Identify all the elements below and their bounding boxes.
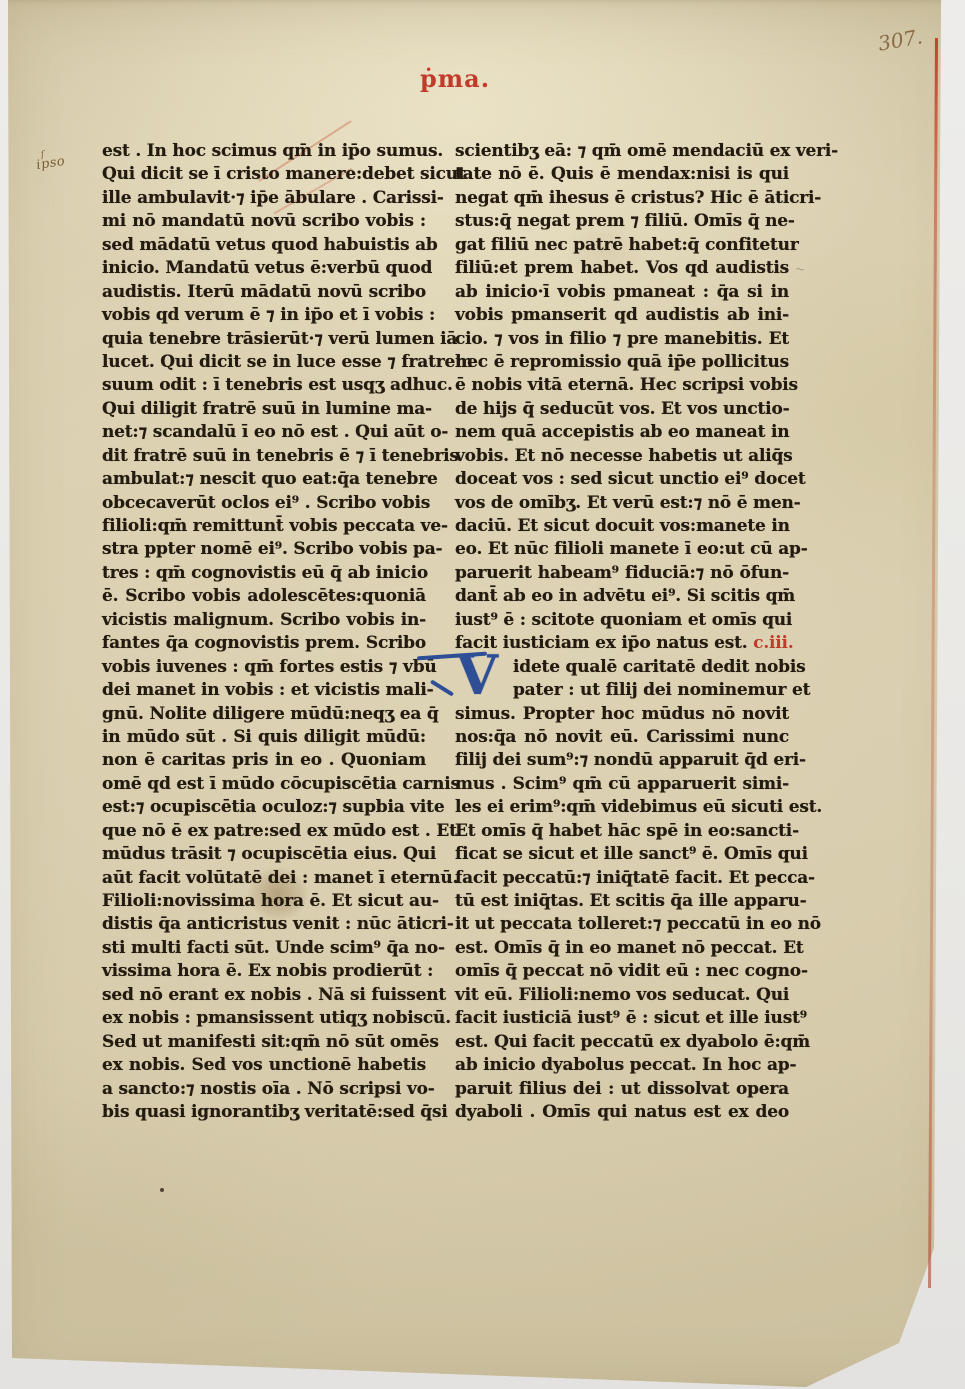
text-line: nem quā accepistis ab eo maneat in xyxy=(455,421,789,444)
text-line: est. Qui facit peccatū ex dyabolo ē:qm̄ xyxy=(455,1031,789,1054)
text-line: eo. Et nūc filioli manete ī eo:ut cū ap- xyxy=(455,538,789,561)
column-right: V scientibʒ eā: ⁊ qm̄ omē mendaciū ex ve… xyxy=(455,140,789,1124)
text-line: ille ambulavit·⁊ ip̄e ābulare . Carissi- xyxy=(102,187,426,210)
text-line: net:⁊ scandalū ī eo nō est . Qui aūt o- xyxy=(102,421,426,444)
text-line: vobis pmanserit qd audistis ab ini- xyxy=(455,304,789,327)
text-line: aūt facit volūtatē dei : manet ī eternū. xyxy=(102,867,426,890)
text-line: nos:q̄a nō novit eū. Carissimi nunc xyxy=(455,726,789,749)
text-line: vos de omībʒ. Et verū est:⁊ nō ē men- xyxy=(455,492,789,515)
text-line: vit eū. Filioli:nemo vos seducat. Qui xyxy=(455,984,789,1007)
text-line: de hijs q̄ seducūt vos. Et vos unctio- xyxy=(455,398,789,421)
text-line: ē nobis vitā eternā. Hec scripsi vobis xyxy=(455,374,789,397)
text-line: mi nō mandatū novū scribo vobis : xyxy=(102,210,426,233)
text-line: est. Omīs q̄ in eo manet nō peccat. Et xyxy=(455,937,789,960)
chapter-marker: c.iii. xyxy=(753,633,793,653)
text-line: vissima hora ē. Ex nobis prodierūt : xyxy=(102,960,426,983)
text-line: facit peccatū:⁊ iniq̄tatē facit. Et pecc… xyxy=(455,867,789,890)
text-line: mus . Scim⁹ qm̄ cū apparuerit simi- xyxy=(455,773,789,796)
text-line: non ē caritas pris in eo . Quoniam xyxy=(102,749,426,772)
text-line: vobis iuvenes : qm̄ fortes estis ⁊ vbū xyxy=(102,656,426,679)
text-line: omīs q̄ peccat nō vidit eū : nec cogno- xyxy=(455,960,789,983)
text-line: hec ē repromissio quā ip̄e pollicitus xyxy=(455,351,789,374)
text-line: ex nobis : pmansissent utiqʒ nobiscū. xyxy=(102,1007,426,1030)
text-line: stus:q̄ negat prem ⁊ filiū. Omīs q̄ ne- xyxy=(455,210,789,233)
text-line: distis q̄a anticristus venit : nūc āticr… xyxy=(102,913,426,936)
text-line: stra ppter nomē ei⁹. Scribo vobis pa- xyxy=(102,538,426,561)
text-line: negat qm̄ ihesus ē cristus? Hic ē āticri… xyxy=(455,187,789,210)
text-line: sti multi facti sūt. Unde scim⁹ q̄a no- xyxy=(102,937,426,960)
text-line: ab inicio dyabolus peccat. In hoc ap- xyxy=(455,1054,789,1077)
text-line: filiū:et prem habet. Vos qd audistis xyxy=(455,257,789,280)
text-line: est:⁊ ocupiscētia oculoz:⁊ supbia vite xyxy=(102,796,426,819)
text-line: doceat vos : sed sicut unctio ei⁹ docet xyxy=(455,468,789,491)
parchment-page: ṗma. 307. ſ ipso est . In hoc scimus qm̄… xyxy=(0,0,965,1389)
text-line: ex nobis. Sed vos unctionē habetis xyxy=(102,1054,426,1077)
text-line: ficat se sicut et ille sanct⁹ ē. Omīs qu… xyxy=(455,843,789,866)
text-line: daciū. Et sicut docuit vos:manete in xyxy=(455,515,789,538)
text-line: sed nō erant ex nobis . Nā si fuissent xyxy=(102,984,426,1007)
text-line: lucet. Qui dicit se in luce esse ⁊ fratr… xyxy=(102,351,426,374)
text-line: cio. ⁊ vos in filio ⁊ pre manebitis. Et xyxy=(455,328,789,351)
text-line: ab inicio·ī vobis pmaneat : q̄a si in xyxy=(455,281,789,304)
text-line: obcecaverūt oclos ei⁹ . Scribo vobis xyxy=(102,492,426,515)
running-title: ṗma. xyxy=(420,64,490,93)
text-line: dyaboli . Omīs qui natus est ex deo xyxy=(455,1101,789,1124)
margin-annotation: ſ ipso xyxy=(35,150,67,173)
text-line: les ei erim⁹:qm̄ videbimus eū sicuti est… xyxy=(455,796,789,819)
text-line: tū est iniq̄tas. Et scitis q̄a ille appa… xyxy=(455,890,789,913)
folio-number: 307. xyxy=(876,24,924,55)
manuscript-scan: ṗma. 307. ſ ipso est . In hoc scimus qm̄… xyxy=(0,0,965,1389)
text-line: dei manet in vobis : et vicistis mali- xyxy=(102,679,426,702)
text-line: tres : qm̄ cognovistis eū q̄ ab inicio xyxy=(102,562,426,585)
text-line: filij dei sum⁹:⁊ nondū apparuit q̄d eri- xyxy=(455,749,789,772)
text-line: vobis. Et nō necesse habetis ut aliq̄s xyxy=(455,445,789,468)
text-line: Et omīs q̄ habet hāc spē in eo:sancti- xyxy=(455,820,789,843)
text-line: mūdus trāsit ⁊ ocupiscētia eius. Qui xyxy=(102,843,426,866)
text-line: inicio. Mandatū vetus ē:verbū quod xyxy=(102,257,426,280)
text-line: dant̄ ab eo in advētu ei⁹. Si scitis qm̄ xyxy=(455,585,789,608)
text-line: audistis. Iterū mādatū novū scribo xyxy=(102,281,426,304)
text-line: omē qd est ī mūdo cōcupiscētia carnis xyxy=(102,773,426,796)
text-line: gat filiū nec patrē habet:q̄ confitetur xyxy=(455,234,789,257)
illuminated-initial: V xyxy=(445,652,509,698)
text-line: paruerit habeam⁹ fiduciā:⁊ nō ōfun- xyxy=(455,562,789,585)
text-line: sed mādatū vetus quod habuistis ab xyxy=(102,234,426,257)
text-line: que nō ē ex patre:sed ex mūdo est . Et xyxy=(102,820,426,843)
text-line: quia tenebre trāsierūt·⁊ verū lumen iā xyxy=(102,328,426,351)
text-line: tate nō ē. Quis ē mendax:nisi is qui xyxy=(455,163,789,186)
text-line: iust⁹ ē : scitote quoniam et omīs qui xyxy=(455,609,789,632)
column-left: est . In hoc scimus qm̄ in ip̄o sumus.Qu… xyxy=(102,140,426,1124)
text-line: vicistis malignum. Scribo vobis in- xyxy=(102,609,426,632)
ink-speck xyxy=(160,1188,164,1192)
text-line: gnū. Nolite diligere mūdū:neqʒ ea q̄ xyxy=(102,703,426,726)
text-line: scientibʒ eā: ⁊ qm̄ omē mendaciū ex veri… xyxy=(455,140,789,163)
text-line: ē. Scribo vobis adolescētes:quoniā xyxy=(102,585,426,608)
text-line: fantes q̄a cognovistis prem. Scribo xyxy=(102,632,426,655)
pencil-mark: ~ xyxy=(794,261,806,276)
text-line: Qui dicit se ī cristo manere:debet sicut xyxy=(102,163,426,186)
text-line: facit iusticiā iust⁹ ē : sicut et ille i… xyxy=(455,1007,789,1030)
text-line: ambulat:⁊ nescit quo eat:q̄a tenebre xyxy=(102,468,426,491)
text-line: Sed ut manifesti sit:qm̄ nō sūt omēs xyxy=(102,1031,426,1054)
text-line: bis quasi ignorantibʒ veritatē:sed q̄si xyxy=(102,1101,426,1124)
text-line: paruit filius dei : ut dissolvat opera xyxy=(455,1078,789,1101)
text-line: Filioli:novissima hora ē. Et sicut au- xyxy=(102,890,426,913)
text-line: Qui diligit fratrē suū in lumine ma- xyxy=(102,398,426,421)
text-line: est . In hoc scimus qm̄ in ip̄o sumus. xyxy=(102,140,426,163)
text-line: filioli:qm̄ remittunt̄ vobis peccata ve- xyxy=(102,515,426,538)
text-line: simus. Propter hoc mūdus nō novit xyxy=(455,703,789,726)
margin-annotation-text: ipso xyxy=(35,154,66,173)
text-line: it ut peccata tolleret:⁊ peccatū in eo n… xyxy=(455,913,789,936)
text-line: a sancto:⁊ nostis oīa . Nō scripsi vo- xyxy=(102,1078,426,1101)
text-line: dit fratrē suū in tenebris ē ⁊ ī tenebri… xyxy=(102,445,426,468)
text-line: vobis qd verum ē ⁊ in ip̄o et ī vobis : xyxy=(102,304,426,327)
text-line: in mūdo sūt . Si quis diligit mūdū: xyxy=(102,726,426,749)
text-line: suum odit : ī tenebris est usqʒ adhuc. xyxy=(102,374,426,397)
